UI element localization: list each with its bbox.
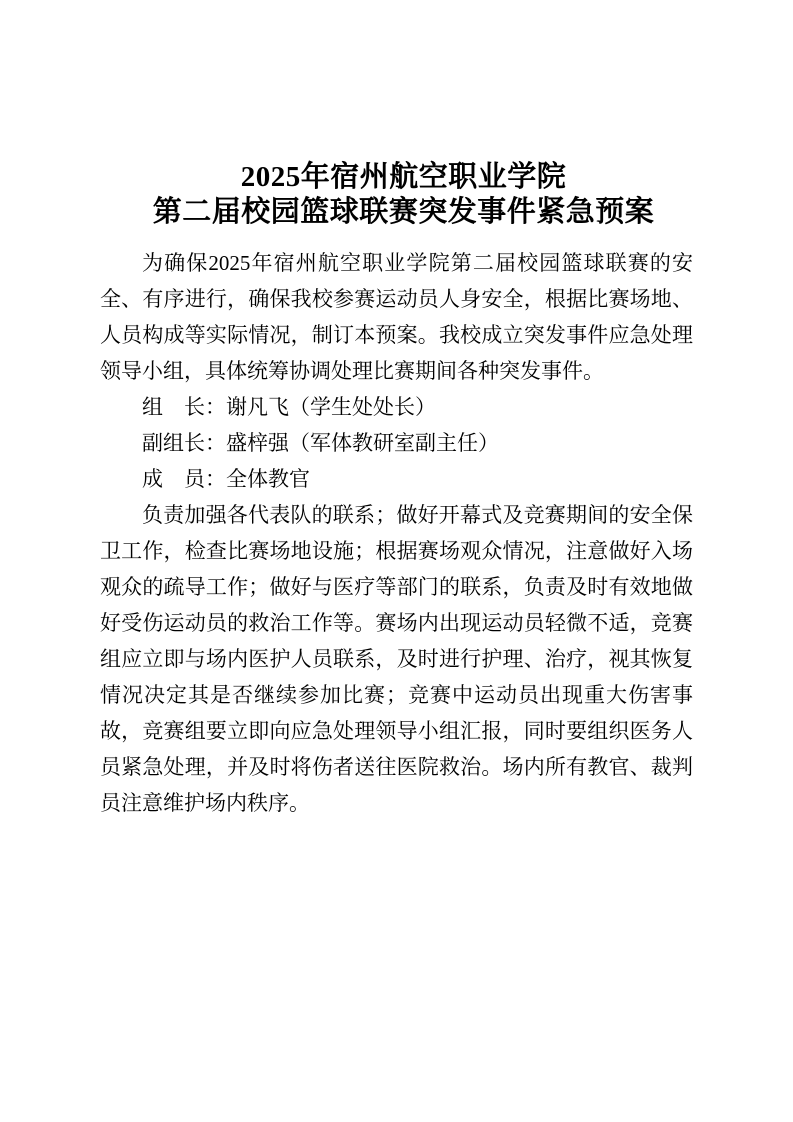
intro-paragraph: 为确保2025年宿州航空职业学院第二届校园篮球联赛的安全、有序进行，确保我校参赛…: [100, 245, 693, 389]
document-body: 为确保2025年宿州航空职业学院第二届校园篮球联赛的安全、有序进行，确保我校参赛…: [100, 245, 693, 821]
document-content: 2025年宿州航空职业学院 第二届校园篮球联赛突发事件紧急预案 为确保2025年…: [0, 0, 793, 821]
role-line-deputy-leader: 副组长：盛梓强（军体教研室副主任）: [100, 425, 693, 461]
role-line-members: 成 员：全体教官: [100, 461, 693, 497]
document-title: 2025年宿州航空职业学院 第二届校园篮球联赛突发事件紧急预案: [100, 160, 693, 230]
role-line-leader: 组 长：谢凡飞（学生处处长）: [100, 389, 693, 425]
responsibilities-paragraph: 负责加强各代表队的联系；做好开幕式及竞赛期间的安全保卫工作，检查比赛场地设施；根…: [100, 497, 693, 821]
document-page: 2025年宿州航空职业学院 第二届校园篮球联赛突发事件紧急预案 为确保2025年…: [0, 0, 793, 1122]
document-title-line1: 2025年宿州航空职业学院: [114, 160, 693, 195]
document-title-line2: 第二届校园篮球联赛突发事件紧急预案: [114, 195, 693, 230]
